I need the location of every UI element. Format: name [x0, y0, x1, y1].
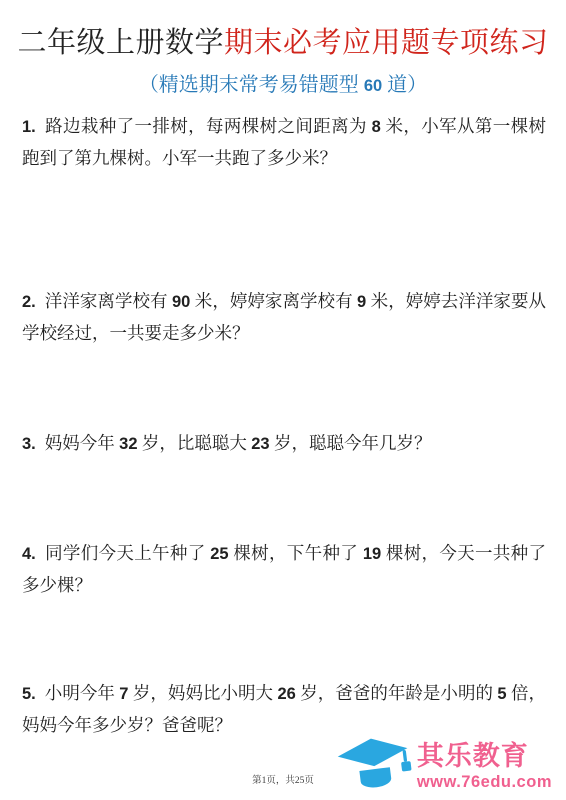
question-number: 1.	[22, 118, 36, 136]
question-item-1: 1.路边栽种了一排树，每两棵树之间距离为 8 米，小军从第一棵树跑到了第九棵树。…	[22, 111, 546, 174]
page-title-black: 二年级上册数学	[17, 27, 224, 59]
page-subtitle: （精选期末常考易错题型 60 道）	[0, 71, 566, 100]
logo-url: www.76edu.com	[417, 774, 552, 791]
question-item-2: 2.洋洋家离学校有 90 米，婷婷家离学校有 9 米，婷婷去洋洋家要从学校经过，…	[22, 286, 546, 349]
graduation-cap-icon	[336, 733, 412, 800]
question-text: 妈妈今年 32 岁，比聪聪大 23 岁，聪聪今年几岁？	[45, 433, 432, 453]
question-text: 洋洋家离学校有 90 米，婷婷家离学校有 9 米，婷婷去洋洋家要从学校经过，一共…	[22, 291, 546, 343]
question-text: 路边栽种了一排树，每两棵树之间距离为 8 米，小军从第一棵树跑到了第九棵树。小军…	[22, 116, 546, 168]
question-item-3: 3.妈妈今年 32 岁，比聪聪大 23 岁，聪聪今年几岁？	[22, 428, 546, 460]
logo-name: 其乐教育	[417, 743, 529, 770]
question-text: 小明今年 7 岁，妈妈比小明大 26 岁，爸爸的年龄是小明的 5 倍，妈妈今年多…	[22, 683, 546, 735]
page-title-red: 期末必考应用题专项练习	[224, 27, 549, 59]
question-item-5: 5.小明今年 7 岁，妈妈比小明大 26 岁，爸爸的年龄是小明的 5 倍，妈妈今…	[22, 678, 546, 741]
question-number: 3.	[22, 435, 36, 453]
worksheet-page: 二年级上册数学期末必考应用题专项练习 （精选期末常考易错题型 60 道） 1.路…	[0, 0, 566, 800]
logo-text-block: 其乐教育 www.76edu.com	[417, 743, 552, 791]
site-logo: 其乐教育 www.76edu.com	[336, 733, 552, 800]
question-number: 5.	[22, 685, 36, 703]
question-item-4: 4.同学们今天上午种了 25 棵树，下午种了 19 棵树，今天一共种了多少棵？	[22, 538, 546, 601]
question-text: 同学们今天上午种了 25 棵树，下午种了 19 棵树，今天一共种了多少棵？	[22, 543, 546, 595]
question-number: 2.	[22, 293, 36, 311]
question-number: 4.	[22, 545, 36, 563]
page-title: 二年级上册数学期末必考应用题专项练习	[0, 24, 566, 62]
